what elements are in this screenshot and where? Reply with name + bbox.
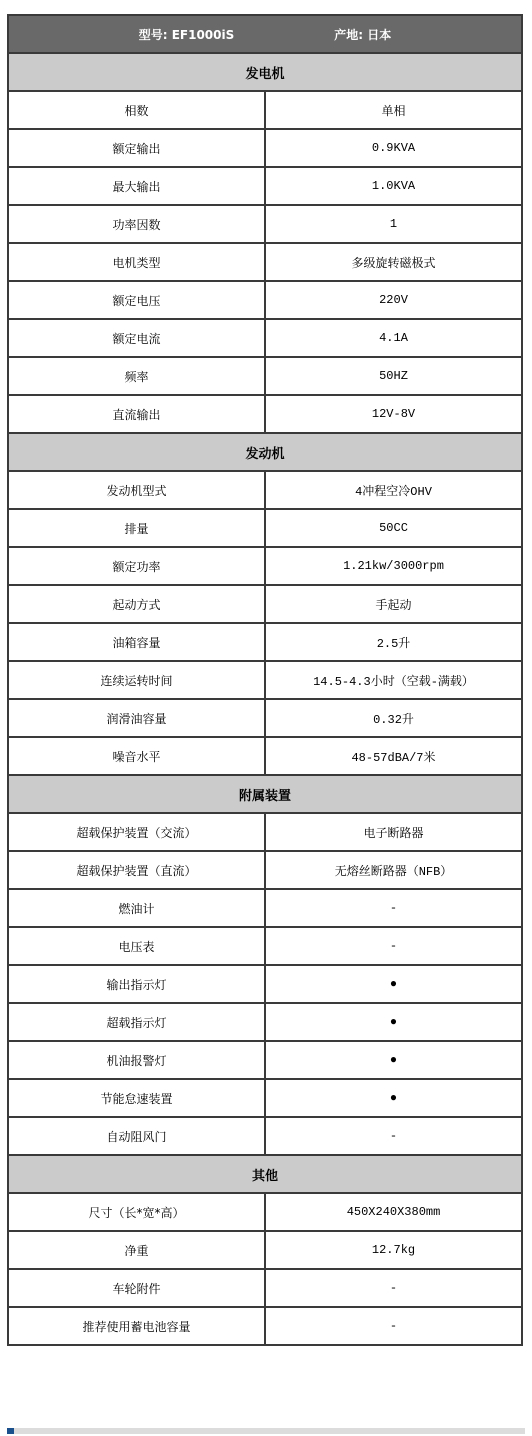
spec-row: 电压表- <box>8 927 522 965</box>
spec-label: 超载指示灯 <box>8 1003 265 1041</box>
spec-label: 噪音水平 <box>8 737 265 775</box>
spec-value: - <box>265 889 522 927</box>
spec-label: 润滑油容量 <box>8 699 265 737</box>
spec-row: 润滑油容量0.32升 <box>8 699 522 737</box>
spec-value: 1.0KVA <box>265 167 522 205</box>
spec-value: 4冲程空冷OHV <box>265 471 522 509</box>
spec-label: 额定电流 <box>8 319 265 357</box>
spec-row: 超载保护装置（直流）无熔丝断路器（NFB） <box>8 851 522 889</box>
spec-value: 1 <box>265 205 522 243</box>
spec-label: 电压表 <box>8 927 265 965</box>
model-header-cell: 型号: EF1000iS 产地: 日本 <box>8 15 522 53</box>
spec-label: 直流输出 <box>8 395 265 433</box>
spec-row: 超载指示灯● <box>8 1003 522 1041</box>
spec-row: 起动方式手起动 <box>8 585 522 623</box>
spec-label: 发动机型式 <box>8 471 265 509</box>
spec-value: 手起动 <box>265 585 522 623</box>
spec-label: 起动方式 <box>8 585 265 623</box>
section-row-4: 其他 <box>8 1155 522 1193</box>
spec-value: 0.32升 <box>265 699 522 737</box>
spec-row: 额定电压220V <box>8 281 522 319</box>
spec-label: 超载保护装置（直流） <box>8 851 265 889</box>
spec-row: 频率50HZ <box>8 357 522 395</box>
section-row-2: 发动机 <box>8 433 522 471</box>
spec-value: - <box>265 1117 522 1155</box>
spec-row: 相数单相 <box>8 91 522 129</box>
spec-value: 无熔丝断路器（NFB） <box>265 851 522 889</box>
spec-label: 净重 <box>8 1231 265 1269</box>
page: 型号: EF1000iS 产地: 日本 发电机相数单相额定输出0.9KVA最大输… <box>0 0 532 1436</box>
spec-value: - <box>265 1269 522 1307</box>
spec-value: 电子断路器 <box>265 813 522 851</box>
spec-value: 48-57dBA/7米 <box>265 737 522 775</box>
spec-row: 连续运转时间14.5-4.3小时（空载-满载） <box>8 661 522 699</box>
spec-value: 0.9KVA <box>265 129 522 167</box>
spec-row: 推荐使用蓄电池容量- <box>8 1307 522 1345</box>
spec-label: 功率因数 <box>8 205 265 243</box>
spec-value: 12V-8V <box>265 395 522 433</box>
spec-label: 自动阻风门 <box>8 1117 265 1155</box>
section-title: 其他 <box>8 1155 522 1193</box>
spec-value: ● <box>265 965 522 1003</box>
spec-value: 14.5-4.3小时（空载-满载） <box>265 661 522 699</box>
spec-row: 额定电流4.1A <box>8 319 522 357</box>
spec-value: 220V <box>265 281 522 319</box>
spec-label: 油箱容量 <box>8 623 265 661</box>
spec-row: 燃油计- <box>8 889 522 927</box>
spec-row: 车轮附件- <box>8 1269 522 1307</box>
spec-row: 尺寸（长*宽*高）450X240X380mm <box>8 1193 522 1231</box>
spec-row: 发动机型式4冲程空冷OHV <box>8 471 522 509</box>
spec-label: 电机类型 <box>8 243 265 281</box>
spec-label: 节能怠速装置 <box>8 1079 265 1117</box>
section-title: 发电机 <box>8 53 522 91</box>
spec-value: 2.5升 <box>265 623 522 661</box>
spec-label: 车轮附件 <box>8 1269 265 1307</box>
model-header-row: 型号: EF1000iS 产地: 日本 <box>8 15 522 53</box>
spec-label: 推荐使用蓄电池容量 <box>8 1307 265 1345</box>
spec-value: 4.1A <box>265 319 522 357</box>
model-label: 型号: EF1000iS <box>139 26 235 43</box>
section-row-3: 附属装置 <box>8 775 522 813</box>
spec-value: 50HZ <box>265 357 522 395</box>
spec-row: 电机类型多级旋转磁极式 <box>8 243 522 281</box>
spec-row: 输出指示灯● <box>8 965 522 1003</box>
spec-row: 额定功率1.21kw/3000rpm <box>8 547 522 585</box>
spec-label: 机油报警灯 <box>8 1041 265 1079</box>
spec-label: 连续运转时间 <box>8 661 265 699</box>
spec-row: 节能怠速装置● <box>8 1079 522 1117</box>
section-title: 发动机 <box>8 433 522 471</box>
spec-row: 超载保护装置（交流）电子断路器 <box>8 813 522 851</box>
spec-value: 450X240X380mm <box>265 1193 522 1231</box>
section-title: 附属装置 <box>8 775 522 813</box>
spec-row: 净重12.7kg <box>8 1231 522 1269</box>
spec-label: 频率 <box>8 357 265 395</box>
spec-label: 输出指示灯 <box>8 965 265 1003</box>
spec-label: 额定功率 <box>8 547 265 585</box>
spec-value: 12.7kg <box>265 1231 522 1269</box>
spec-value: 1.21kw/3000rpm <box>265 547 522 585</box>
spec-table-body: 发电机相数单相额定输出0.9KVA最大输出1.0KVA功率因数1电机类型多级旋转… <box>8 53 522 1345</box>
spec-value: ● <box>265 1041 522 1079</box>
spec-row: 排量50CC <box>8 509 522 547</box>
spec-row: 油箱容量2.5升 <box>8 623 522 661</box>
spec-value: 多级旋转磁极式 <box>265 243 522 281</box>
spec-label: 最大输出 <box>8 167 265 205</box>
spec-value: - <box>265 927 522 965</box>
spec-row: 额定输出0.9KVA <box>8 129 522 167</box>
spec-value: 50CC <box>265 509 522 547</box>
section-row-1: 发电机 <box>8 53 522 91</box>
spec-label: 额定输出 <box>8 129 265 167</box>
spec-row: 最大输出1.0KVA <box>8 167 522 205</box>
spec-label: 燃油计 <box>8 889 265 927</box>
spec-label: 尺寸（长*宽*高） <box>8 1193 265 1231</box>
spec-value: ● <box>265 1079 522 1117</box>
spec-row: 直流输出12V-8V <box>8 395 522 433</box>
origin-label: 产地: 日本 <box>334 26 391 43</box>
blue-accent-square <box>7 1428 14 1434</box>
spec-row: 机油报警灯● <box>8 1041 522 1079</box>
spec-label: 排量 <box>8 509 265 547</box>
spec-value: ● <box>265 1003 522 1041</box>
spec-value: - <box>265 1307 522 1345</box>
spec-label: 额定电压 <box>8 281 265 319</box>
spec-value: 单相 <box>265 91 522 129</box>
spec-table: 型号: EF1000iS 产地: 日本 发电机相数单相额定输出0.9KVA最大输… <box>7 14 523 1346</box>
spec-row: 自动阻风门- <box>8 1117 522 1155</box>
spec-label: 相数 <box>8 91 265 129</box>
spec-row: 功率因数1 <box>8 205 522 243</box>
next-section-bar <box>7 1428 525 1434</box>
spec-row: 噪音水平48-57dBA/7米 <box>8 737 522 775</box>
spec-label: 超载保护装置（交流） <box>8 813 265 851</box>
